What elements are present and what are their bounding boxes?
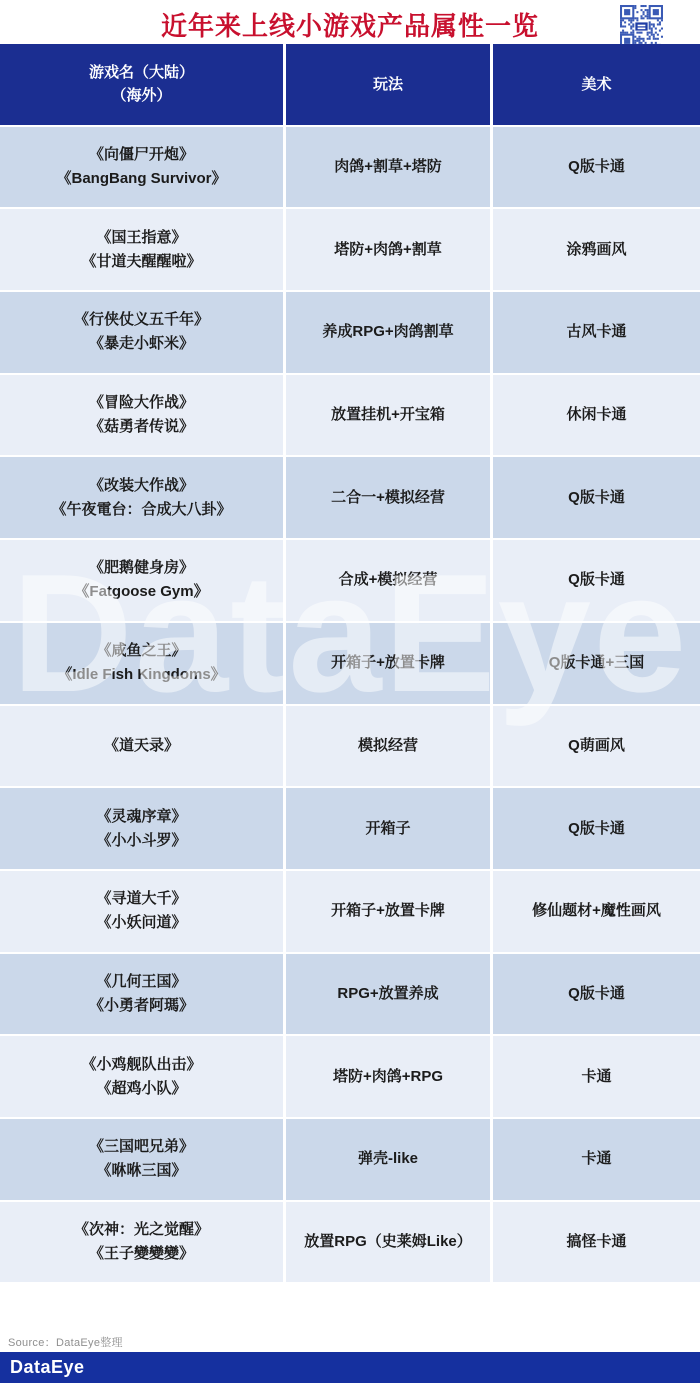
game-name-cell: 《道天录》: [0, 706, 283, 787]
table-row: 《行侠仗义五千年》《暴走小虾米》养成RPG+肉鸽割草古风卡通: [0, 292, 700, 373]
game-title-line: 《菇勇者传说》: [89, 415, 194, 439]
art-cell: 涂鸦画风: [493, 209, 700, 290]
game-name-cell: 《三国吧兄弟》《咻咻三国》: [0, 1119, 283, 1200]
header-gameplay: 玩法: [286, 44, 490, 125]
game-title-line: 《改装大作战》: [89, 474, 194, 498]
art-cell: Q版卡通: [493, 788, 700, 869]
game-title-line: 《国王指意》: [96, 226, 186, 250]
header-game-name: 游戏名（大陆） （海外）: [0, 44, 283, 125]
table-row: 《道天录》模拟经营Q萌画风: [0, 706, 700, 787]
page-title: 近年来上线小游戏产品属性一览: [0, 6, 700, 43]
game-title-line: 《行侠仗义五千年》: [74, 308, 209, 332]
art-cell: Q版卡通: [493, 457, 700, 538]
game-title-line: 《灵魂序章》: [96, 805, 186, 829]
art-cell: Q版卡通+三国: [493, 623, 700, 704]
art-cell: Q版卡通: [493, 540, 700, 621]
infographic-page: 近年来上线小游戏产品属性一览 游戏名（大陆） （海外） 玩法 美术 《向僵尸开炮…: [0, 0, 700, 1383]
gameplay-cell: 开箱子+放置卡牌: [286, 871, 490, 952]
bottom-brand-bar: DataEye: [0, 1352, 700, 1383]
art-cell: 卡通: [493, 1036, 700, 1117]
game-title-line: 《小鸡舰队出击》: [81, 1053, 201, 1077]
art-cell: 休闲卡通: [493, 375, 700, 456]
game-title-line: 《小妖问道》: [96, 911, 186, 935]
table-row: 《灵魂序章》《小小斗罗》开箱子Q版卡通: [0, 788, 700, 869]
game-title-line: 《寻道大千》: [96, 887, 186, 911]
source-label: Source：DataEye整理: [8, 1334, 123, 1350]
game-name-cell: 《次神：光之觉醒》《王子變變變》: [0, 1202, 283, 1283]
gameplay-cell: 放置挂机+开宝箱: [286, 375, 490, 456]
game-title-line: 《向僵尸开炮》: [89, 143, 194, 167]
table-row: 《次神：光之觉醒》《王子變變變》放置RPG（史莱姆Like）搞怪卡通: [0, 1202, 700, 1283]
game-title-line: 《几何王国》: [96, 970, 186, 994]
header-game-name-line1: 游戏名（大陆）: [89, 61, 194, 84]
game-name-cell: 《行侠仗义五千年》《暴走小虾米》: [0, 292, 283, 373]
gameplay-cell: 合成+模拟经营: [286, 540, 490, 621]
table-row: 《改装大作战》《午夜電台：合成大八卦》二合一+模拟经营Q版卡通: [0, 457, 700, 538]
qr-code-icon: [620, 5, 663, 48]
dataeye-logo: DataEye: [0, 1357, 85, 1378]
game-name-cell: 《灵魂序章》《小小斗罗》: [0, 788, 283, 869]
game-title-line: 《BangBang Survivor》: [56, 167, 226, 191]
game-name-cell: 《咸鱼之王》《Idle Fish Kingdoms》: [0, 623, 283, 704]
gameplay-cell: 塔防+肉鸽+割草: [286, 209, 490, 290]
game-title-line: 《超鸡小队》: [96, 1077, 186, 1101]
game-title-line: 《甘道夫醒醒啦》: [81, 250, 201, 274]
game-name-cell: 《国王指意》《甘道夫醒醒啦》: [0, 209, 283, 290]
gameplay-cell: 弹壳-like: [286, 1119, 490, 1200]
game-name-cell: 《小鸡舰队出击》《超鸡小队》: [0, 1036, 283, 1117]
art-cell: 搞怪卡通: [493, 1202, 700, 1283]
table-row: 《寻道大千》《小妖问道》开箱子+放置卡牌修仙题材+魔性画风: [0, 871, 700, 952]
gameplay-cell: 放置RPG（史莱姆Like）: [286, 1202, 490, 1283]
table-row: 《小鸡舰队出击》《超鸡小队》塔防+肉鸽+RPG卡通: [0, 1036, 700, 1117]
game-name-cell: 《改装大作战》《午夜電台：合成大八卦》: [0, 457, 283, 538]
gameplay-cell: RPG+放置养成: [286, 954, 490, 1035]
art-cell: 古风卡通: [493, 292, 700, 373]
gameplay-cell: 模拟经营: [286, 706, 490, 787]
game-name-cell: 《寻道大千》《小妖问道》: [0, 871, 283, 952]
header-art: 美术: [493, 44, 700, 125]
header-game-name-line2: （海外）: [111, 84, 171, 107]
game-title-line: 《次神：光之觉醒》: [74, 1218, 209, 1242]
table-row: 《冒险大作战》《菇勇者传说》放置挂机+开宝箱休闲卡通: [0, 375, 700, 456]
game-title-line: 《道天录》: [104, 734, 179, 758]
gameplay-cell: 开箱子+放置卡牌: [286, 623, 490, 704]
game-title-line: 《咻咻三国》: [96, 1159, 186, 1183]
game-title-line: 《暴走小虾米》: [89, 332, 194, 356]
table-row: 《肥鹅健身房》《Fatgoose Gym》合成+模拟经营Q版卡通: [0, 540, 700, 621]
gameplay-cell: 养成RPG+肉鸽割草: [286, 292, 490, 373]
game-title-line: 《Idle Fish Kingdoms》: [57, 663, 225, 687]
game-name-cell: 《向僵尸开炮》《BangBang Survivor》: [0, 127, 283, 208]
gameplay-cell: 肉鸽+割草+塔防: [286, 127, 490, 208]
art-cell: Q萌画风: [493, 706, 700, 787]
table-row: 《几何王国》《小勇者阿瑪》RPG+放置养成Q版卡通: [0, 954, 700, 1035]
gameplay-cell: 塔防+肉鸽+RPG: [286, 1036, 490, 1117]
art-cell: Q版卡通: [493, 954, 700, 1035]
table-header-row: 游戏名（大陆） （海外） 玩法 美术: [0, 44, 700, 125]
game-title-line: 《三国吧兄弟》: [89, 1135, 194, 1159]
game-name-cell: 《冒险大作战》《菇勇者传说》: [0, 375, 283, 456]
game-title-line: 《Fatgoose Gym》: [74, 580, 208, 604]
game-title-line: 《冒险大作战》: [89, 391, 194, 415]
table-row: 《咸鱼之王》《Idle Fish Kingdoms》开箱子+放置卡牌Q版卡通+三…: [0, 623, 700, 704]
table-row: 《国王指意》《甘道夫醒醒啦》塔防+肉鸽+割草涂鸦画风: [0, 209, 700, 290]
game-title-line: 《小小斗罗》: [96, 829, 186, 853]
table-row: 《向僵尸开炮》《BangBang Survivor》肉鸽+割草+塔防Q版卡通: [0, 127, 700, 208]
game-name-cell: 《几何王国》《小勇者阿瑪》: [0, 954, 283, 1035]
table-row: 《三国吧兄弟》《咻咻三国》弹壳-like卡通: [0, 1119, 700, 1200]
game-title-line: 《小勇者阿瑪》: [89, 994, 194, 1018]
game-title-line: 《午夜電台：合成大八卦》: [51, 498, 231, 522]
art-cell: Q版卡通: [493, 127, 700, 208]
art-cell: 修仙题材+魔性画风: [493, 871, 700, 952]
attribute-table: 游戏名（大陆） （海外） 玩法 美术 《向僵尸开炮》《BangBang Surv…: [0, 44, 700, 1282]
gameplay-cell: 开箱子: [286, 788, 490, 869]
game-title-line: 《王子變變變》: [89, 1242, 194, 1266]
game-title-line: 《咸鱼之王》: [96, 639, 186, 663]
game-title-line: 《肥鹅健身房》: [89, 556, 194, 580]
art-cell: 卡通: [493, 1119, 700, 1200]
gameplay-cell: 二合一+模拟经营: [286, 457, 490, 538]
game-name-cell: 《肥鹅健身房》《Fatgoose Gym》: [0, 540, 283, 621]
